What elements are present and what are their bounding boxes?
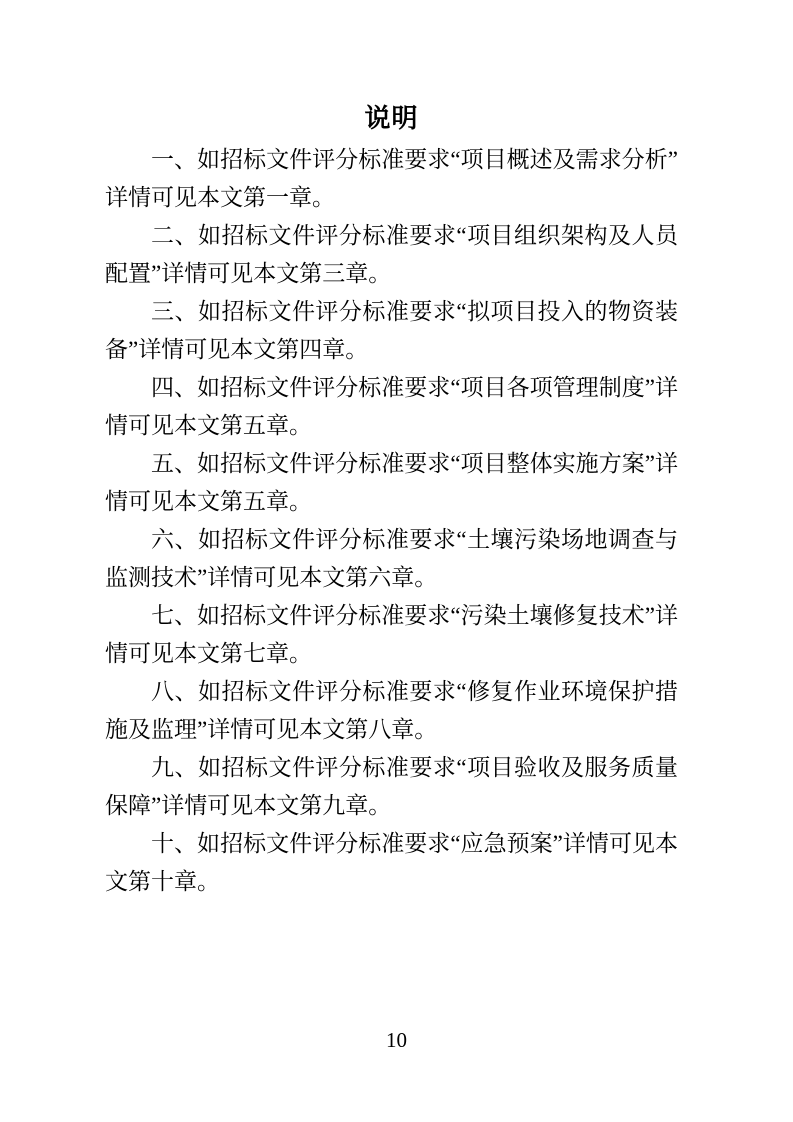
- document-page: 说明 一、如招标文件评分标准要求“项目概述及需求分析”详情可见本文第一章。 二、…: [0, 0, 793, 1122]
- paragraph-3: 三、如招标文件评分标准要求“拟项目投入的物资装备”详情可见本文第四章。: [105, 293, 678, 369]
- page-content: 说明 一、如招标文件评分标准要求“项目概述及需求分析”详情可见本文第一章。 二、…: [105, 99, 678, 901]
- paragraph-2: 二、如招标文件评分标准要求“项目组织架构及人员配置”详情可见本文第三章。: [105, 217, 678, 293]
- page-number: 10: [386, 1028, 407, 1052]
- paragraph-6: 六、如招标文件评分标准要求“土壤污染场地调查与监测技术”详情可见本文第六章。: [105, 521, 678, 597]
- paragraph-10: 十、如招标文件评分标准要求“应急预案”详情可见本文第十章。: [105, 825, 678, 901]
- page-title: 说明: [105, 99, 678, 137]
- paragraph-8: 八、如招标文件评分标准要求“修复作业环境保护措施及监理”详情可见本文第八章。: [105, 673, 678, 749]
- paragraph-5: 五、如招标文件评分标准要求“项目整体实施方案”详情可见本文第五章。: [105, 445, 678, 521]
- paragraph-7: 七、如招标文件评分标准要求“污染土壤修复技术”详情可见本文第七章。: [105, 597, 678, 673]
- paragraph-1: 一、如招标文件评分标准要求“项目概述及需求分析”详情可见本文第一章。: [105, 141, 678, 217]
- paragraph-4: 四、如招标文件评分标准要求“项目各项管理制度”详情可见本文第五章。: [105, 369, 678, 445]
- page-footer: 10: [0, 1026, 793, 1054]
- paragraph-9: 九、如招标文件评分标准要求“项目验收及服务质量保障”详情可见本文第九章。: [105, 749, 678, 825]
